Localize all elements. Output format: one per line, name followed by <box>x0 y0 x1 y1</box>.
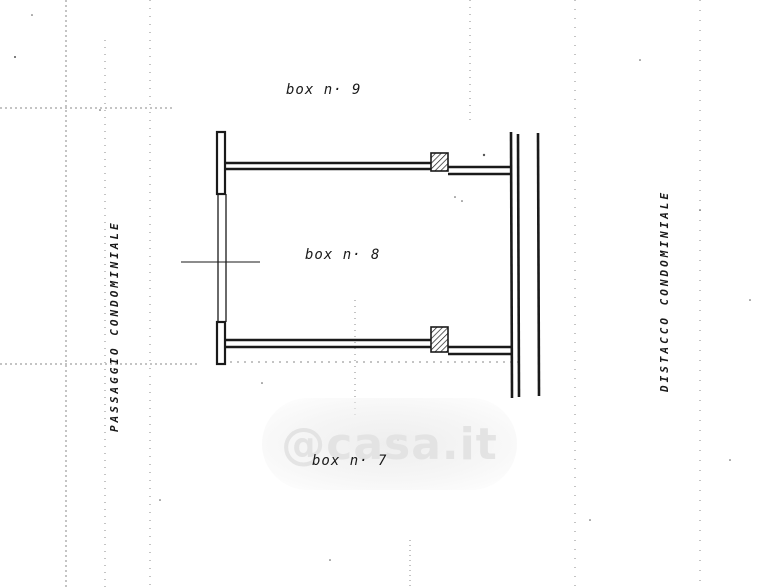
top-pillar <box>431 153 448 171</box>
bottom-partition-wall <box>225 340 511 354</box>
side-label-left: PASSAGGIO CONDOMINIALE <box>108 220 121 432</box>
right-boundary-walls <box>511 132 539 398</box>
bottom-pillar <box>431 327 448 352</box>
watermark: @casa.it <box>262 398 517 490</box>
room-label-box-9: box n· 9 <box>286 82 361 98</box>
top-partition-wall <box>225 163 511 174</box>
side-label-right: DISTACCO CONDOMINIALE <box>658 190 671 392</box>
gate-opening <box>218 194 226 322</box>
room-label-box-8: box n· 8 <box>305 247 380 263</box>
room-label-box-7: box n· 7 <box>312 453 387 469</box>
